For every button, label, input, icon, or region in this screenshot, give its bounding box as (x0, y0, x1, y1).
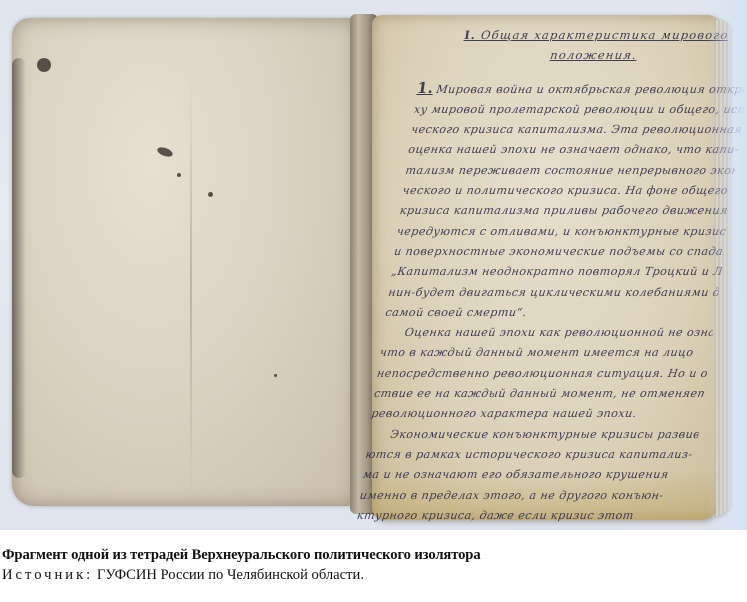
manuscript-line: Экономические конъюнктурные кризисы разв… (367, 425, 700, 445)
section-number: 1. (416, 79, 435, 97)
manuscript-line: ху мировой пролетарской революции и обще… (413, 100, 746, 120)
caption-source-label: Источник: (2, 567, 93, 583)
manuscript-line: принимает характер мирового (1920-21 г.;… (353, 526, 686, 530)
heading-numeral: I. (463, 28, 477, 42)
manuscript-line: и поверхностные экономические подъемы со… (393, 242, 726, 262)
caption-source: Источник: ГУФСИН России по Челябинской о… (2, 565, 742, 585)
manuscript-line: ктурного кризиса, даже если кризис этот (355, 506, 688, 526)
left-page-fold-crease (190, 78, 192, 498)
ink-stain (274, 374, 277, 377)
ink-stain (37, 58, 51, 72)
ink-stain (156, 146, 174, 159)
manuscript-line: ма и не означают его обязательного круше… (361, 465, 694, 485)
manuscript-line: ческого кризиса капитализма. Эта революц… (410, 120, 743, 140)
left-page-edge-shadow (12, 58, 26, 478)
manuscript-line: „Капитализм неоднократно повторял Троцки… (390, 262, 723, 282)
manuscript-line: именно в пределах этого, а не другого ко… (358, 486, 691, 506)
page-stack-edge (716, 20, 730, 516)
manuscript-line: чередуются с отливами, и конъюнктурные к… (395, 222, 728, 242)
manuscript-line: оценка нашей эпохи не означает однако, ч… (407, 140, 740, 160)
left-page-blank (12, 18, 357, 506)
manuscript-line: ствие ее на каждый данный момент, не отм… (373, 384, 706, 404)
notebook-photo: I. Общая характеристика мирового положен… (0, 0, 747, 530)
manuscript-line: что в каждый данный момент имеется на ли… (378, 343, 711, 363)
ink-stain (177, 173, 181, 177)
ink-stain (208, 192, 213, 197)
caption-source-text: ГУФСИН России по Челябинской области. (93, 567, 364, 583)
manuscript-line: ческого и политического кризиса. На фоне… (401, 181, 734, 201)
manuscript-line: Оценка нашей эпохи как революционной не … (381, 323, 714, 343)
figure-caption: Фрагмент одной из тетрадей Верхнеуральск… (2, 545, 742, 585)
manuscript-line: 1.Мировая война и октябрьская революция … (415, 78, 747, 100)
manuscript-line: нин-будет двигаться циклическими колебан… (387, 283, 720, 303)
manuscript-heading: I. Общая характеристика мирового положен… (420, 25, 747, 66)
caption-title: Фрагмент одной из тетрадей Верхнеуральск… (2, 545, 742, 565)
manuscript-line: самой своей смерти“. (384, 303, 717, 323)
manuscript-line: революционного характера нашей эпохи. (370, 404, 703, 424)
manuscript-line: ются в рамках исторического кризиса капи… (364, 445, 697, 465)
manuscript-line: непосредственно революционная ситуация. … (375, 364, 708, 384)
manuscript-line: кризиса капитализма приливы рабочего дви… (398, 201, 731, 221)
heading-text: Общая характеристика мирового положения. (480, 28, 729, 62)
manuscript-line: тализм переживает состояние непрерывного… (404, 161, 737, 181)
